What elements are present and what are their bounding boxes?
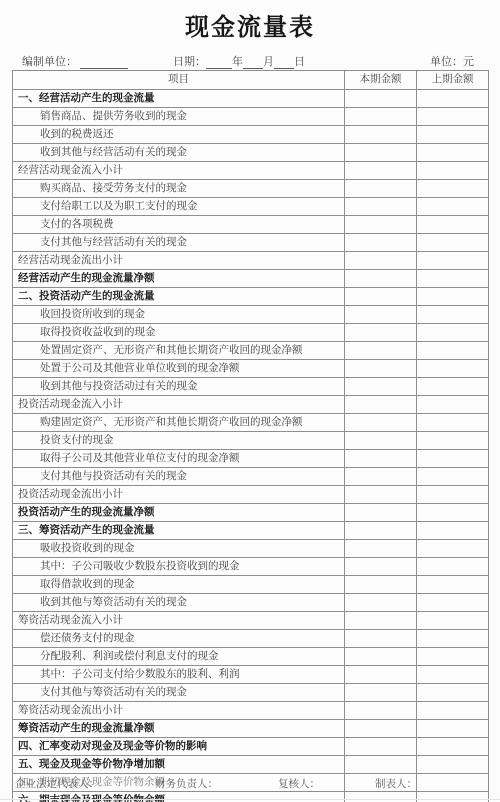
item-label-cell: 一、经营活动产生的现金流量	[13, 90, 345, 108]
table-row: 投资支付的现金	[13, 432, 489, 450]
current-amount-cell	[345, 594, 417, 612]
current-amount-cell	[345, 738, 417, 756]
current-amount-cell	[345, 252, 417, 270]
table-row: 投资活动现金流入小计	[13, 396, 489, 414]
prepared-by-blank	[80, 57, 128, 69]
prior-amount-cell	[417, 270, 489, 288]
prepared-by-field: 编制单位：	[22, 53, 128, 69]
table-row: 筹资活动现金流出小计	[13, 702, 489, 720]
prior-amount-cell	[417, 90, 489, 108]
prior-amount-cell	[417, 234, 489, 252]
prior-amount-cell	[417, 738, 489, 756]
prepared-by-label: 编制单位：	[22, 56, 77, 68]
current-amount-cell	[345, 756, 417, 774]
month-label: 月	[263, 56, 274, 68]
table-row: 销售商品、提供劳务收到的现金	[13, 108, 489, 126]
prior-amount-cell	[417, 594, 489, 612]
table-row: 一、经营活动产生的现金流量	[13, 90, 489, 108]
table-header-row: 项目 本期金额 上期金额	[13, 71, 489, 90]
cash-flow-statement-page: 现金流量表 编制单位： 日期：年月日 单位：元 项目 本期金额 上期金额 一、经…	[0, 0, 500, 802]
item-label-cell: 购建固定资产、无形资产和其他长期资产收回的现金净额	[13, 414, 345, 432]
item-label-cell: 支付其他与筹资活动有关的现金	[13, 684, 345, 702]
prior-amount-cell	[417, 522, 489, 540]
prior-amount-cell	[417, 414, 489, 432]
current-amount-cell	[345, 342, 417, 360]
table-row: 收到其他与投资活动过有关的现金	[13, 378, 489, 396]
item-label-cell: 收到其他与经营活动有关的现金	[13, 144, 345, 162]
table-row: 经营活动现金流出小计	[13, 252, 489, 270]
signature-line: 企业法定代表人： 财务负责人： 复核人： 制表人：	[0, 776, 500, 791]
table-row: 取得子公司及其他营业单位支付的现金净额	[13, 450, 489, 468]
item-label-cell: 取得借款收到的现金	[13, 576, 345, 594]
prior-amount-cell	[417, 396, 489, 414]
item-label-cell: 处置固定资产、无形资产和其他长期资产收回的现金净额	[13, 342, 345, 360]
header-current-amount: 本期金额	[345, 71, 417, 90]
item-label-cell: 投资活动现金流入小计	[13, 396, 345, 414]
prior-amount-cell	[417, 144, 489, 162]
item-label-cell: 筹资活动现金流入小计	[13, 612, 345, 630]
table-row: 筹资活动现金流入小计	[13, 612, 489, 630]
current-amount-cell	[345, 360, 417, 378]
prior-amount-cell	[417, 216, 489, 234]
current-amount-cell	[345, 630, 417, 648]
page-edge-line	[0, 799, 500, 800]
table-row: 三、筹资活动产生的现金流量	[13, 522, 489, 540]
prior-amount-cell	[417, 558, 489, 576]
current-amount-cell	[345, 468, 417, 486]
item-label-cell: 收到的税费返还	[13, 126, 345, 144]
current-amount-cell	[345, 180, 417, 198]
table-row: 取得投资收益收到的现金	[13, 324, 489, 342]
item-label-cell: 投资活动产生的现金流量净额	[13, 504, 345, 522]
prior-amount-cell	[417, 126, 489, 144]
date-label: 日期：	[173, 56, 206, 68]
table-row: 五、现金及现金等价物净增加额	[13, 756, 489, 774]
item-label-cell: 其中：子公司吸收少数股东投资收到的现金	[13, 558, 345, 576]
prior-amount-cell	[417, 162, 489, 180]
current-amount-cell	[345, 612, 417, 630]
table-row: 其中：子公司支付给少数股东的股利、利润	[13, 666, 489, 684]
prior-amount-cell	[417, 324, 489, 342]
prior-amount-cell	[417, 432, 489, 450]
table-row: 筹资活动产生的现金流量净额	[13, 720, 489, 738]
current-amount-cell	[345, 306, 417, 324]
item-label-cell: 经营活动现金流入小计	[13, 162, 345, 180]
item-label-cell: 其中：子公司支付给少数股东的股利、利润	[13, 666, 345, 684]
item-label-cell: 收回投资所收到的现金	[13, 306, 345, 324]
current-amount-cell	[345, 666, 417, 684]
item-label-cell: 取得投资收益收到的现金	[13, 324, 345, 342]
prior-amount-cell	[417, 630, 489, 648]
current-amount-cell	[345, 378, 417, 396]
current-amount-cell	[345, 540, 417, 558]
table-row: 收到其他与筹资活动有关的现金	[13, 594, 489, 612]
current-amount-cell	[345, 108, 417, 126]
item-label-cell: 经营活动产生的现金流量净额	[13, 270, 345, 288]
current-amount-cell	[345, 234, 417, 252]
prior-amount-cell	[417, 486, 489, 504]
unit-label: 单位：元	[430, 53, 474, 69]
item-label-cell: 经营活动现金流出小计	[13, 252, 345, 270]
table-row: 收到其他与经营活动有关的现金	[13, 144, 489, 162]
current-amount-cell	[345, 720, 417, 738]
table-row: 处置于公司及其他营业单位收到的现金净额	[13, 360, 489, 378]
table-row: 支付的各项税费	[13, 216, 489, 234]
prior-amount-cell	[417, 504, 489, 522]
table-row: 收回投资所收到的现金	[13, 306, 489, 324]
page-title: 现金流量表	[0, 0, 500, 42]
preparer-label: 制表人：	[375, 776, 417, 791]
prior-amount-cell	[417, 342, 489, 360]
current-amount-cell	[345, 288, 417, 306]
prior-amount-cell	[417, 306, 489, 324]
header-item: 项目	[13, 71, 345, 90]
year-label: 年	[232, 56, 243, 68]
prior-amount-cell	[417, 468, 489, 486]
item-label-cell: 支付其他与经营活动有关的现金	[13, 234, 345, 252]
table-row: 投资活动现金流出小计	[13, 486, 489, 504]
table-row: 支付其他与经营活动有关的现金	[13, 234, 489, 252]
current-amount-cell	[345, 522, 417, 540]
item-label-cell: 五、现金及现金等价物净增加额	[13, 756, 345, 774]
table-row: 支付其他与筹资活动有关的现金	[13, 684, 489, 702]
prior-amount-cell	[417, 792, 489, 802]
item-label-cell: 购买商品、接受劳务支付的现金	[13, 180, 345, 198]
table-row: 分配股利、利润或偿付利息支付的现金	[13, 648, 489, 666]
item-label-cell: 二、投资活动产生的现金流量	[13, 288, 345, 306]
current-amount-cell	[345, 90, 417, 108]
current-amount-cell	[345, 648, 417, 666]
item-label-cell: 分配股利、利润或偿付利息支付的现金	[13, 648, 345, 666]
meta-line: 编制单位： 日期：年月日 单位：元	[0, 53, 500, 68]
current-amount-cell	[345, 162, 417, 180]
prior-amount-cell	[417, 540, 489, 558]
item-label-cell: 偿还债务支付的现金	[13, 630, 345, 648]
table-row: 购建固定资产、无形资产和其他长期资产收回的现金净额	[13, 414, 489, 432]
prior-amount-cell	[417, 684, 489, 702]
prior-amount-cell	[417, 576, 489, 594]
current-amount-cell	[345, 576, 417, 594]
current-amount-cell	[345, 144, 417, 162]
day-blank	[274, 57, 294, 69]
table-row: 二、投资活动产生的现金流量	[13, 288, 489, 306]
table-row: 六、期末现金及现金等价物余额	[13, 792, 489, 802]
current-amount-cell	[345, 396, 417, 414]
table-row: 投资活动产生的现金流量净额	[13, 504, 489, 522]
item-label-cell: 支付给职工以及为职工支付的现金	[13, 198, 345, 216]
prior-amount-cell	[417, 288, 489, 306]
current-amount-cell	[345, 270, 417, 288]
header-prior-amount: 上期金额	[417, 71, 489, 90]
item-label-cell: 收到其他与投资活动过有关的现金	[13, 378, 345, 396]
item-label-cell: 六、期末现金及现金等价物余额	[13, 792, 345, 802]
prior-amount-cell	[417, 378, 489, 396]
item-label-cell: 取得子公司及其他营业单位支付的现金净额	[13, 450, 345, 468]
item-label-cell: 投资活动现金流出小计	[13, 486, 345, 504]
table-row: 四、汇率变动对现金及现金等价物的影响	[13, 738, 489, 756]
prior-amount-cell	[417, 252, 489, 270]
current-amount-cell	[345, 504, 417, 522]
prior-amount-cell	[417, 756, 489, 774]
current-amount-cell	[345, 216, 417, 234]
item-label-cell: 三、筹资活动产生的现金流量	[13, 522, 345, 540]
prior-amount-cell	[417, 648, 489, 666]
item-label-cell: 收到其他与筹资活动有关的现金	[13, 594, 345, 612]
current-amount-cell	[345, 486, 417, 504]
current-amount-cell	[345, 792, 417, 802]
cash-flow-table: 项目 本期金额 上期金额 一、经营活动产生的现金流量销售商品、提供劳务收到的现金…	[12, 70, 489, 802]
table-row: 购买商品、接受劳务支付的现金	[13, 180, 489, 198]
item-label-cell: 处置于公司及其他营业单位收到的现金净额	[13, 360, 345, 378]
item-label-cell: 四、汇率变动对现金及现金等价物的影响	[13, 738, 345, 756]
item-label-cell: 支付其他与投资活动有关的现金	[13, 468, 345, 486]
prior-amount-cell	[417, 720, 489, 738]
date-field: 日期：年月日	[173, 53, 305, 69]
legal-rep-label: 企业法定代表人：	[15, 776, 99, 791]
table-row: 支付其他与投资活动有关的现金	[13, 468, 489, 486]
table-row: 取得借款收到的现金	[13, 576, 489, 594]
current-amount-cell	[345, 198, 417, 216]
item-label-cell: 投资支付的现金	[13, 432, 345, 450]
prior-amount-cell	[417, 666, 489, 684]
table-row: 支付给职工以及为职工支付的现金	[13, 198, 489, 216]
prior-amount-cell	[417, 450, 489, 468]
current-amount-cell	[345, 702, 417, 720]
day-label: 日	[294, 56, 305, 68]
current-amount-cell	[345, 324, 417, 342]
table-row: 收到的税费返还	[13, 126, 489, 144]
year-blank	[206, 57, 232, 69]
current-amount-cell	[345, 414, 417, 432]
reviewer-label: 复核人：	[278, 776, 320, 791]
item-label-cell: 销售商品、提供劳务收到的现金	[13, 108, 345, 126]
prior-amount-cell	[417, 198, 489, 216]
prior-amount-cell	[417, 180, 489, 198]
table-row: 经营活动现金流入小计	[13, 162, 489, 180]
item-label-cell: 吸收投资收到的现金	[13, 540, 345, 558]
item-label-cell: 支付的各项税费	[13, 216, 345, 234]
current-amount-cell	[345, 684, 417, 702]
month-blank	[243, 57, 263, 69]
prior-amount-cell	[417, 108, 489, 126]
table-row: 其中：子公司吸收少数股东投资收到的现金	[13, 558, 489, 576]
finance-head-label: 财务负责人：	[155, 776, 218, 791]
table-row: 经营活动产生的现金流量净额	[13, 270, 489, 288]
prior-amount-cell	[417, 360, 489, 378]
table-row: 处置固定资产、无形资产和其他长期资产收回的现金净额	[13, 342, 489, 360]
item-label-cell: 筹资活动产生的现金流量净额	[13, 720, 345, 738]
current-amount-cell	[345, 432, 417, 450]
prior-amount-cell	[417, 702, 489, 720]
current-amount-cell	[345, 126, 417, 144]
item-label-cell: 筹资活动现金流出小计	[13, 702, 345, 720]
table-row: 吸收投资收到的现金	[13, 540, 489, 558]
table-row: 偿还债务支付的现金	[13, 630, 489, 648]
prior-amount-cell	[417, 612, 489, 630]
current-amount-cell	[345, 450, 417, 468]
current-amount-cell	[345, 558, 417, 576]
